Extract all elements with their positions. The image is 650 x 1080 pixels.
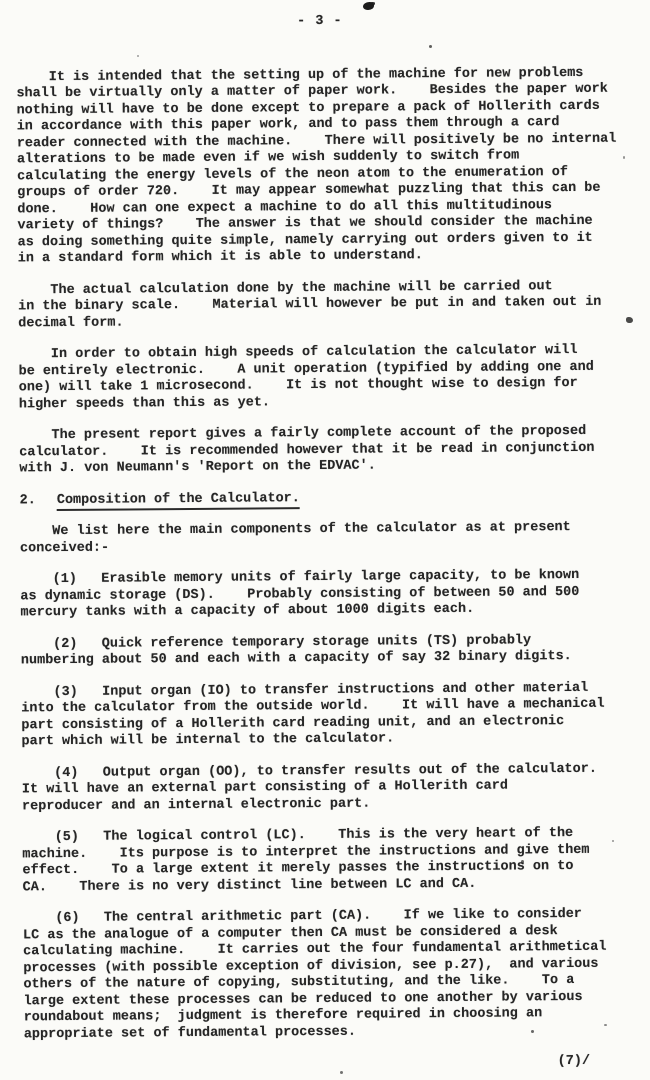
paragraph-setting-up: It is intended that the setting up of th…: [16, 65, 626, 268]
paragraph-binary-scale: The actual calculation done by the machi…: [18, 278, 626, 332]
page-continuation-mark: (7)/: [24, 1054, 632, 1075]
paragraph-report-scope: The present report gives a fairly comple…: [19, 424, 627, 478]
list-item-dynamic-storage: (1) Erasible memory units of fairly larg…: [20, 568, 628, 622]
list-item-output-organ: (4) Output organ (OO), to transfer resul…: [22, 761, 630, 815]
document-content: - 3 - It is intended that the setting up…: [0, 0, 650, 1080]
section-number: 2.: [20, 493, 36, 508]
section-heading: 2.Composition of the Calculator.: [20, 488, 628, 509]
page-number: - 3 -: [16, 12, 624, 33]
list-item-temporary-storage: (2) Quick reference temporary storage un…: [21, 632, 629, 670]
section-title: Composition of the Calculator.: [57, 491, 300, 511]
paragraph-speed: In order to obtain high speeds of calcul…: [18, 343, 626, 414]
paragraph-components-intro: We list here the main components of the …: [20, 520, 628, 558]
list-item-logical-control: (5) The logical control (LC). This is th…: [22, 826, 630, 897]
list-item-input-organ: (3) Input organ (IO) to transfer instruc…: [21, 680, 629, 751]
scanned-document-page: - 3 - It is intended that the setting up…: [0, 0, 650, 1080]
list-item-central-arithmetic: (6) The central arithmetic part (CA). If…: [23, 907, 632, 1044]
